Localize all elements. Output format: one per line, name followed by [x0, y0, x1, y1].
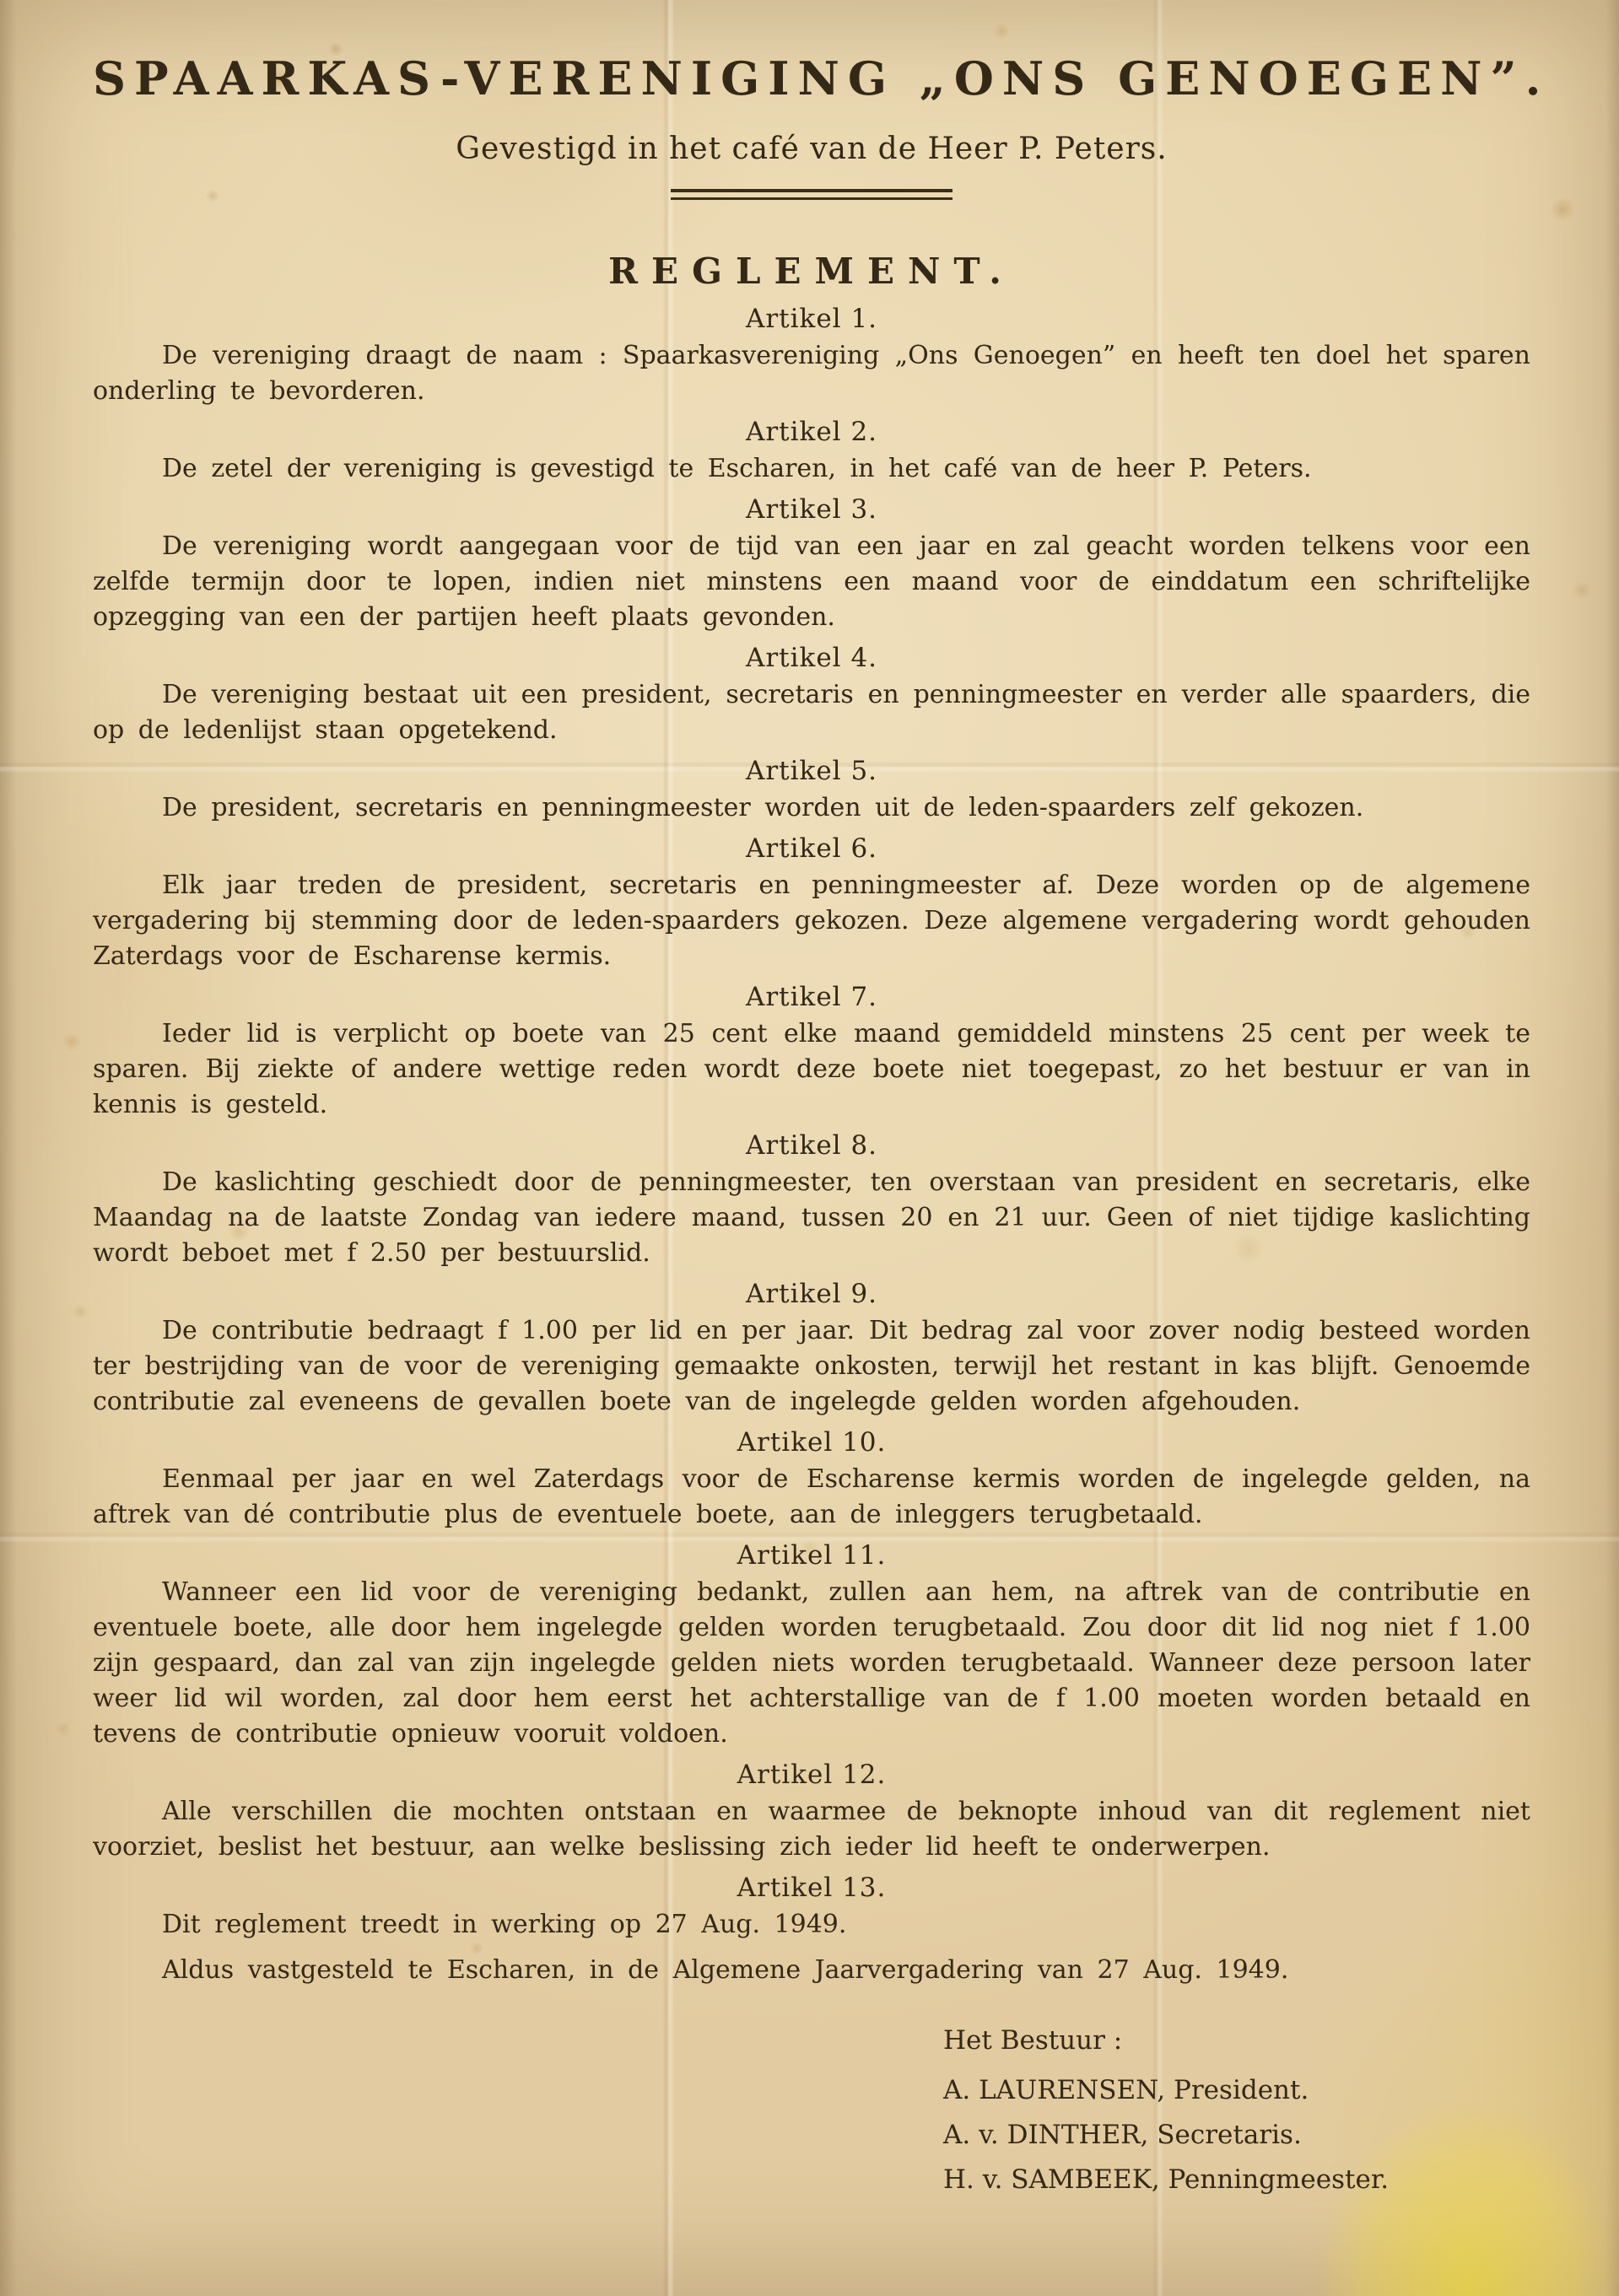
article-5-text: De president, secretaris en penningmeest… [93, 790, 1530, 826]
article-11-text: Wanneer een lid voor de vereniging bedan… [93, 1575, 1530, 1752]
article-5-label: Artikel 5. [93, 753, 1530, 789]
article-12-text: Alle verschillen die mochten ontstaan en… [93, 1794, 1530, 1865]
article-2-text: De zetel der vereniging is gevestigd te … [93, 451, 1530, 487]
article-6-label: Artikel 6. [93, 831, 1530, 866]
article-12-label: Artikel 12. [93, 1757, 1530, 1792]
article-7-text: Ieder lid is verplicht op boete van 25 c… [93, 1016, 1530, 1123]
article-3-text: De vereniging wordt aangegaan voor de ti… [93, 529, 1530, 635]
article-10-text: Eenmaal per jaar en wel Zaterdags voor d… [93, 1462, 1530, 1533]
article-8-label: Artikel 8. [93, 1128, 1530, 1163]
document-content: SPAARKAS-VERENIGING „ONS GENOEGEN”. Geve… [93, 0, 1530, 2202]
article-13-text: Dit reglement treedt in werking op 27 Au… [93, 1907, 1530, 1943]
article-4-label: Artikel 4. [93, 640, 1530, 676]
document-title: SPAARKAS-VERENIGING „ONS GENOEGEN”. [93, 49, 1530, 108]
board-member-secretaris: A. v. DINTHER, Secretaris. [943, 2113, 1530, 2158]
divider-line-bottom [671, 197, 953, 200]
article-8-text: De kaslichting geschiedt door de penning… [93, 1165, 1530, 1271]
board-member-president: A. LAURENSEN, President. [943, 2068, 1530, 2113]
article-13-label: Artikel 13. [93, 1870, 1530, 1905]
article-7-label: Artikel 7. [93, 979, 1530, 1015]
article-9-text: De contributie bedraagt f 1.00 per lid e… [93, 1313, 1530, 1420]
board-signature-block: Het Bestuur : A. LAURENSEN, President. A… [943, 2018, 1530, 2202]
article-4-text: De vereniging bestaat uit een president,… [93, 677, 1530, 748]
article-9-label: Artikel 9. [93, 1276, 1530, 1312]
article-1-label: Artikel 1. [93, 301, 1530, 337]
article-10-label: Artikel 10. [93, 1425, 1530, 1460]
document-page: SPAARKAS-VERENIGING „ONS GENOEGEN”. Geve… [0, 0, 1619, 2296]
board-member-penningmeester: H. v. SAMBEEK, Penningmeester. [943, 2158, 1530, 2202]
reglement-heading: REGLEMENT. [93, 247, 1530, 296]
article-3-label: Artikel 3. [93, 492, 1530, 527]
board-label: Het Bestuur : [943, 2018, 1530, 2063]
article-1-text: De vereniging draagt de naam : Spaarkasv… [93, 338, 1530, 409]
divider-line-top [671, 189, 953, 192]
closing-statement: Aldus vastgesteld te Escharen, in de Alg… [93, 1953, 1530, 1988]
article-11-label: Artikel 11. [93, 1538, 1530, 1573]
article-6-text: Elk jaar treden de president, secretaris… [93, 868, 1530, 974]
article-2-label: Artikel 2. [93, 414, 1530, 450]
double-rule-divider [671, 189, 953, 200]
document-subtitle: Gevestigd in het café van de Heer P. Pet… [93, 128, 1530, 170]
